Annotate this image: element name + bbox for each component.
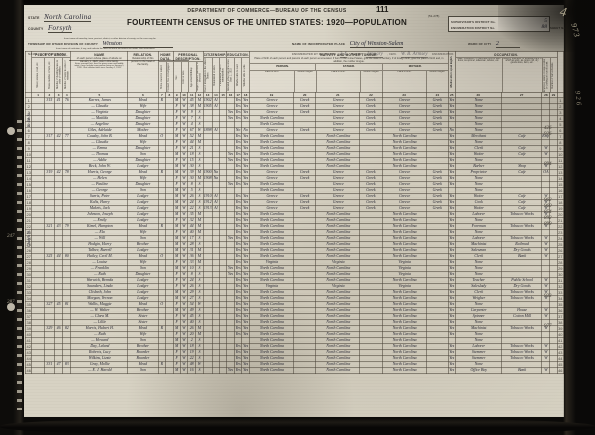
cell-hn [44,368,54,374]
department-line: DEPARTMENT OF COMMERCE—BUREAU OF THE CEN… [162,8,372,14]
group-name: NAMEof each person whose place of abode … [71,52,128,93]
table-row: 46— E. J. HaroldSonMW16SYesYesYesNorth C… [26,368,564,374]
supervisors-district-label: SUPERVISOR'S DISTRICT No. [451,20,496,24]
group-place-of-abode: PLACE OF ABODE.Street, avenue, road, etc… [32,52,71,93]
ward-label: WARD OF CITY [468,42,491,46]
scan-edge-bottom [0,418,595,435]
cell-mp: North Carolina [382,368,426,374]
institution-note: Insert name of institution, if any, and … [56,48,236,50]
cell-wr: Yes [242,368,250,374]
cell-name: — E. J. Harold [71,368,128,374]
cell-own [158,368,166,374]
group-relation: RELATION.Relationship of this person to … [128,52,158,93]
group-nativity: NATIVITY AND MOTHER TONGUE.Place of birt… [249,52,448,93]
group-occupation: OCCUPATION.Trade, profession, or particu… [455,52,557,93]
cell-na [212,368,219,374]
binding-hole [7,127,15,135]
form-code: (51-278) [428,14,439,18]
scan-blotch [498,0,595,52]
binding-hole [7,303,15,311]
cell-of [166,368,174,374]
cell-im [203,368,212,374]
cell-st [32,368,44,374]
cell-mt [294,368,316,374]
cell-c: W [180,368,187,374]
cell-fam [63,368,71,374]
cell-rd: Yes [234,368,242,374]
cell-cl: W [542,368,550,374]
cell-fp: North Carolina [316,368,360,374]
col-speaks-english: Whether able to speak English. [448,52,455,93]
cell-m: S [196,368,203,374]
group-home-data: HOME DATA.Home owned or rented.If owned,… [158,52,173,93]
scan-edge-right [563,0,595,435]
group-citizenship: CITIZENSHIP.Year of immigration to the U… [203,52,227,93]
cell-mmt [426,368,448,374]
edge-scrawl: 926 [573,90,583,107]
cell-pb: North Carolina [249,368,293,374]
census-table: PLACE OF ABODE.Street, avenue, road, etc… [25,51,564,374]
cell-yn [219,368,226,374]
enumeration-district-label: ENUMERATION DISTRICT No. [451,26,495,30]
page-title: FOURTEENTH CENSUS OF THE UNITED STATES: … [112,18,422,27]
cell-fs [550,368,557,374]
cell-in: Bank [501,368,541,374]
cell-sx: M [173,368,180,374]
cell-dw [54,368,62,374]
cell-age: 16 [188,368,196,374]
cell-en: Yes [448,368,455,374]
group-education: EDUCATION.Attended school any time since… [227,52,250,93]
cell-ft [360,368,382,374]
cell-sc: Yes [227,368,235,374]
county-label: COUNTY [28,27,44,31]
binding-perforations [17,120,22,410]
cell-rel: Son [128,368,158,374]
census-sheet: STATE North Carolina COUNTY Forsyth DEPA… [24,5,564,417]
group-personal-description: PERSONAL DESCRIPTION.Sex.Color or race.A… [173,52,203,93]
township-note: Insert name of township, town, precinct,… [64,38,234,40]
page-stamp: 111 [376,5,388,14]
cell-oc: Office Boy [455,368,501,374]
